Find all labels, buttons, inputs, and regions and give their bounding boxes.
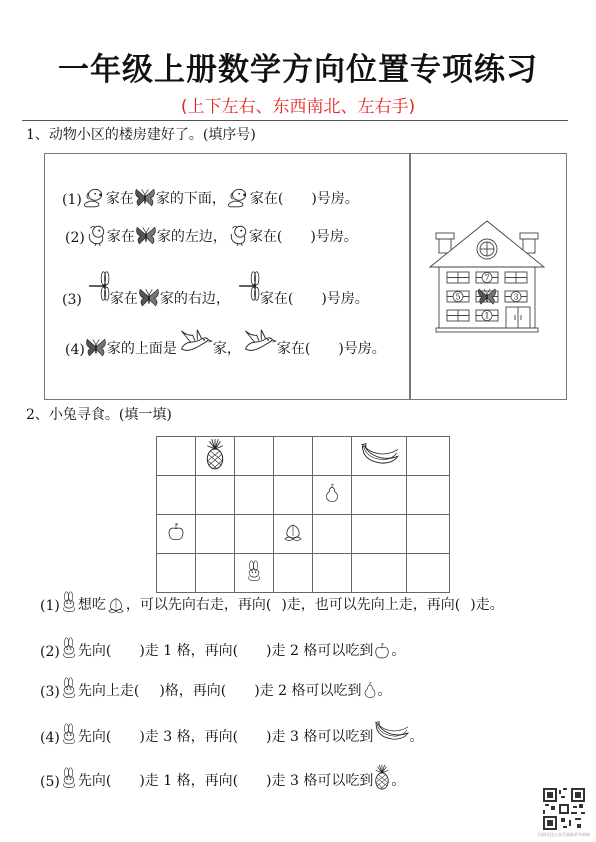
bird-icon bbox=[177, 324, 213, 358]
q2-item-5: (5) 先向( )走 1 格，再向( )走 3 格可以吃到 。 bbox=[40, 764, 405, 790]
pear-icon bbox=[362, 680, 378, 700]
grid-cell bbox=[157, 476, 196, 515]
chick-icon bbox=[227, 224, 249, 246]
butterfly-icon bbox=[85, 336, 107, 358]
grid-cell bbox=[235, 554, 274, 593]
pineapple-icon bbox=[373, 764, 391, 790]
item-number: (3) bbox=[40, 684, 60, 700]
qr-caption: 扫码关注公众号获取更多资料 bbox=[538, 832, 590, 838]
butterfly-icon bbox=[138, 286, 160, 308]
grid-cell bbox=[274, 515, 313, 554]
banana-icon bbox=[359, 441, 399, 467]
grid-cell bbox=[196, 515, 235, 554]
rabbit-icon bbox=[245, 557, 263, 585]
grid-cell bbox=[352, 476, 407, 515]
item-text: )格，再向( bbox=[159, 680, 226, 700]
rabbit-icon bbox=[60, 590, 78, 614]
item-number: (2) bbox=[40, 644, 60, 660]
item-text: 家在 bbox=[107, 226, 135, 246]
item-number: (1) bbox=[40, 598, 60, 614]
svg-text:7: 7 bbox=[484, 274, 489, 283]
item-number: (4) bbox=[40, 730, 60, 746]
svg-text:3: 3 bbox=[513, 293, 518, 302]
grid-cell bbox=[157, 554, 196, 593]
item-text: 家， bbox=[213, 338, 241, 358]
item-text: )走，也可以先向上走，再向( bbox=[281, 594, 460, 614]
building-illustration: 7 5 3 1 bbox=[428, 215, 548, 335]
item-text: )走 1 格，再向( bbox=[139, 640, 238, 660]
grid-cell bbox=[313, 437, 352, 476]
grid-cell bbox=[235, 515, 274, 554]
grid-cell bbox=[196, 476, 235, 515]
q2-item-3: (3) 先向上走( )格，再向( )走 2 格可以吃到 。 bbox=[40, 676, 392, 700]
dragonfly-icon bbox=[238, 264, 260, 308]
item-text: 。 bbox=[391, 640, 405, 660]
item-text: 。 bbox=[391, 770, 405, 790]
bird-icon bbox=[241, 324, 277, 358]
apple-icon bbox=[166, 522, 186, 542]
item-text: 想吃 bbox=[78, 594, 106, 614]
item-text: )号房。 bbox=[311, 188, 358, 208]
q2-item-2: (2) 先向( )走 1 格，再向( )走 2 格可以吃到 。 bbox=[40, 636, 405, 660]
item-text: 家的下面， bbox=[156, 188, 226, 208]
item-text: ，可以先向右走，再向( bbox=[126, 594, 271, 614]
item-text: )走 3 格可以吃到 bbox=[266, 726, 373, 746]
q1-item-3: (3) 家在 家的右边， 家在( )号房。 bbox=[62, 264, 369, 308]
grid-cell bbox=[313, 515, 352, 554]
q1-item-4: (4) 家的上面是 家， 家在( )号房。 bbox=[65, 324, 386, 358]
rabbit-icon bbox=[60, 676, 78, 700]
item-text: )走 3 格，再向( bbox=[139, 726, 238, 746]
dog-icon bbox=[226, 186, 250, 208]
item-number: (3) bbox=[62, 292, 82, 308]
banana-icon bbox=[373, 716, 409, 746]
grid-cell bbox=[407, 515, 450, 554]
grid-cell bbox=[157, 515, 196, 554]
q1-item-2: (2) 家在 家的左边， 家在( )号房。 bbox=[65, 224, 358, 246]
svg-text:1: 1 bbox=[484, 312, 489, 321]
question-2-heading: 2、小兔寻食。(填一填) bbox=[26, 404, 172, 424]
item-text: 家在 bbox=[110, 288, 138, 308]
grid-cell bbox=[235, 437, 274, 476]
rabbit-icon bbox=[60, 722, 78, 746]
item-text: 先向( bbox=[78, 640, 111, 660]
q2-item-1: (1) 想吃 ，可以先向右走，再向( )走，也可以先向上走，再向( )走。 bbox=[40, 590, 504, 614]
q1-item-1: (1) 家在 家的下面， 家在( )号房。 bbox=[62, 186, 359, 208]
item-text: )走 1 格，再向( bbox=[139, 770, 238, 790]
page-subtitle: (上下左右、东西南北、左右手) bbox=[0, 92, 596, 117]
item-number: (5) bbox=[40, 774, 60, 790]
item-text: )走。 bbox=[470, 594, 503, 614]
grid-cell bbox=[274, 437, 313, 476]
item-text: 家在( bbox=[250, 188, 283, 208]
header-divider bbox=[22, 120, 568, 121]
chick-icon bbox=[85, 224, 107, 246]
rabbit-icon bbox=[60, 636, 78, 660]
qr-code[interactable] bbox=[543, 788, 585, 830]
item-text: 。 bbox=[409, 726, 423, 746]
item-text: 家在( bbox=[277, 338, 310, 358]
item-number: (2) bbox=[65, 230, 85, 246]
item-text: 家在 bbox=[106, 188, 134, 208]
item-text: )走 2 格可以吃到 bbox=[266, 640, 373, 660]
question-1-heading: 1、动物小区的楼房建好了。(填序号) bbox=[26, 124, 256, 144]
grid-cell bbox=[235, 476, 274, 515]
item-text: 先向上走( bbox=[78, 680, 139, 700]
grid-cell bbox=[196, 554, 235, 593]
grid-cell bbox=[313, 476, 352, 515]
grid-cell bbox=[407, 437, 450, 476]
grid-cell bbox=[274, 476, 313, 515]
grid-cell bbox=[407, 554, 450, 593]
butterfly-icon bbox=[135, 224, 157, 246]
grid-cell bbox=[313, 554, 352, 593]
item-text: )号房。 bbox=[321, 288, 368, 308]
item-number: (1) bbox=[62, 192, 82, 208]
item-text: 家在( bbox=[249, 226, 282, 246]
item-text: 家在( bbox=[260, 288, 293, 308]
svg-text:5: 5 bbox=[455, 293, 460, 302]
peach-icon bbox=[106, 596, 126, 614]
grid-cell bbox=[196, 437, 235, 476]
item-text: )号房。 bbox=[310, 226, 357, 246]
rabbit-icon bbox=[60, 766, 78, 790]
grid-cell bbox=[274, 554, 313, 593]
grid-cell bbox=[407, 476, 450, 515]
grid-cell bbox=[352, 554, 407, 593]
grid-cell bbox=[352, 515, 407, 554]
item-text: 家的上面是 bbox=[107, 338, 177, 358]
dog-icon bbox=[82, 186, 106, 208]
item-text: 先向( bbox=[78, 726, 111, 746]
pear-icon bbox=[323, 482, 341, 504]
item-text: 。 bbox=[378, 680, 392, 700]
grid-cell bbox=[352, 437, 407, 476]
item-text: 家的右边， bbox=[160, 288, 230, 308]
item-text: 家的左边， bbox=[157, 226, 227, 246]
item-text: )走 3 格可以吃到 bbox=[266, 770, 373, 790]
item-number: (4) bbox=[65, 342, 85, 358]
dragonfly-icon bbox=[88, 264, 110, 308]
item-text: )走 2 格可以吃到 bbox=[254, 680, 361, 700]
apple-icon bbox=[373, 642, 391, 660]
page-title: 一年级上册数学方向位置专项练习 bbox=[0, 44, 596, 89]
pineapple-icon bbox=[204, 438, 226, 470]
q2-item-4: (4) 先向( )走 3 格，再向( )走 3 格可以吃到 。 bbox=[40, 716, 423, 746]
butterfly-icon bbox=[134, 186, 156, 208]
item-text: )号房。 bbox=[338, 338, 385, 358]
peach-icon bbox=[283, 521, 303, 543]
item-text: 先向( bbox=[78, 770, 111, 790]
grid-cell bbox=[157, 437, 196, 476]
food-grid bbox=[156, 436, 450, 593]
